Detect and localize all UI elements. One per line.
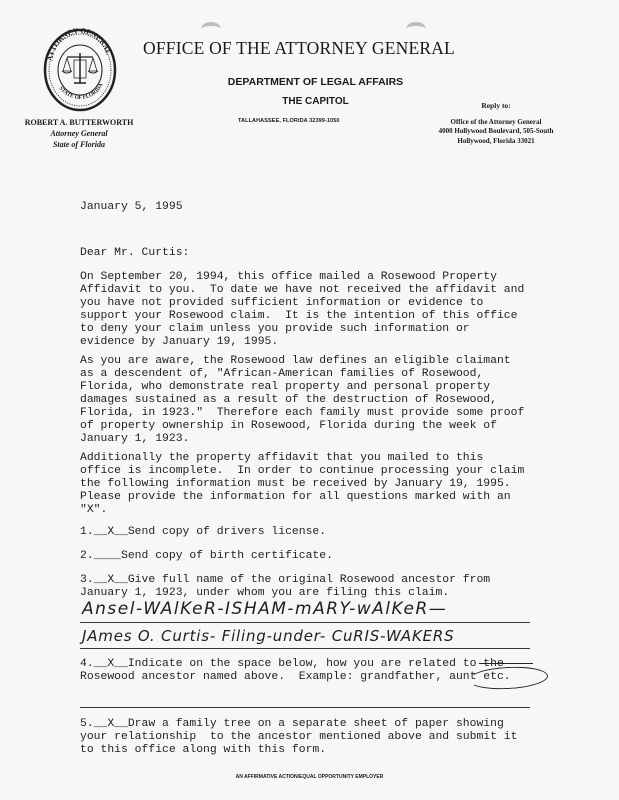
department-name: DEPARTMENT OF LEGAL AFFAIRS	[0, 76, 619, 88]
punch-hole	[201, 22, 221, 36]
handwritten-strikethrough	[479, 663, 533, 664]
answer-line	[80, 622, 530, 623]
footer-eeo: AN AFFIRMATIVE ACTION/EQUAL OPPORTUNITY …	[0, 774, 619, 780]
item-4: 4.__X__Indicate on the space below, how …	[80, 658, 511, 684]
punch-hole	[406, 22, 426, 36]
item-5: 5.__X__Draw a family tree on a separate …	[80, 718, 517, 757]
letter-date: January 5, 1995	[80, 201, 183, 214]
attorney-general-name: ROBERT A. BUTTERWORTH	[14, 117, 144, 128]
reply-address-line: 4000 Hollywood Boulevard, 505-South	[420, 127, 572, 137]
attorney-general-block: ROBERT A. BUTTERWORTH Attorney General S…	[14, 117, 144, 150]
paragraph-1: On September 20, 1994, this office maile…	[80, 271, 524, 349]
reply-address-line: Hollywood, Florida 33021	[420, 137, 572, 147]
paragraph-2: As you are aware, the Rosewood law defin…	[80, 355, 524, 446]
relationship-answer-line	[80, 707, 530, 708]
item-2: 2.____Send copy of birth certificate.	[80, 550, 333, 563]
attorney-general-state: State of Florida	[14, 139, 144, 150]
handwritten-ancestor-line-1: Ansel-WAlKeR-ISHAM-mARY-wAlKeR—	[82, 599, 447, 619]
answer-line	[80, 648, 530, 649]
reply-to-block: Reply to: Office of the Attorney General…	[420, 101, 572, 146]
item-1: 1.__X__Send copy of drivers license.	[80, 526, 326, 539]
reply-to-label: Reply to:	[420, 101, 572, 111]
office-title: OFFICE OF THE ATTORNEY GENERAL	[143, 38, 455, 59]
item-3: 3.__X__Give full name of the original Ro…	[80, 574, 490, 600]
office-address: TALLAHASSEE, FLORIDA 32399-1050	[238, 118, 340, 124]
handwritten-ancestor-line-2: JAmes O. Curtis- Filing-under- CuRIS-WAK…	[82, 627, 454, 645]
salutation: Dear Mr. Curtis:	[80, 247, 189, 260]
reply-address-line: Office of the Attorney General	[420, 118, 572, 128]
paragraph-3: Additionally the property affidavit that…	[80, 452, 524, 517]
attorney-general-title: Attorney General	[14, 128, 144, 139]
